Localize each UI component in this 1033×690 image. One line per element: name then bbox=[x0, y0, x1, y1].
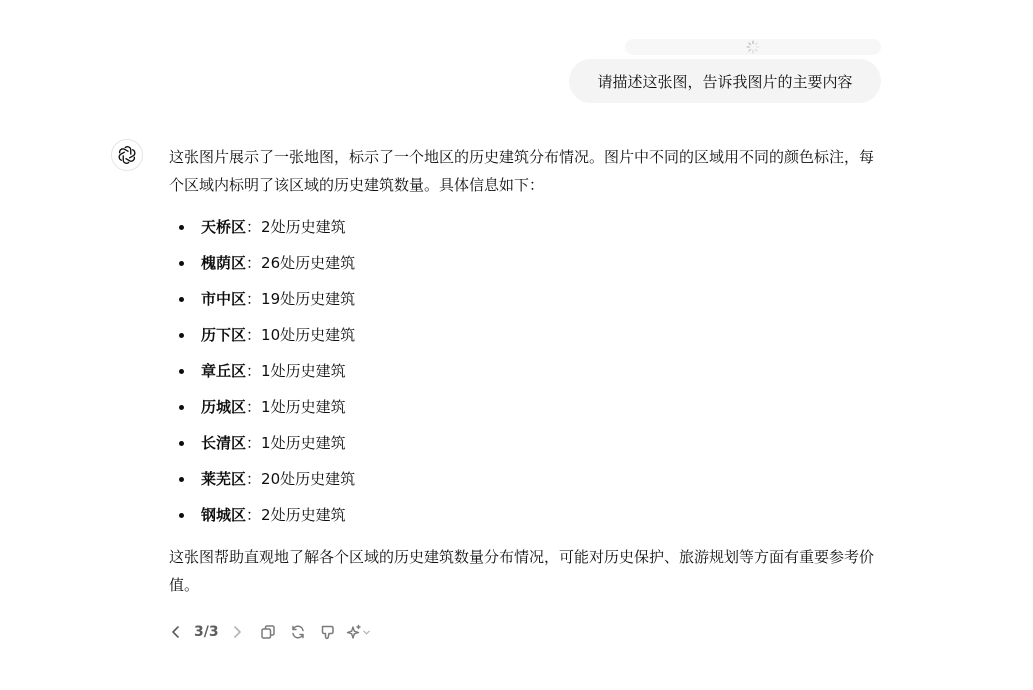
district-name: 钢城区 bbox=[201, 506, 246, 524]
previous-response-button[interactable] bbox=[166, 625, 186, 639]
chevron-down-icon bbox=[362, 628, 371, 637]
change-model-button[interactable] bbox=[343, 624, 375, 640]
user-message-text: 请描述这张图，告诉我图片的主要内容 bbox=[597, 71, 852, 92]
assistant-message: 这张图片展示了一张地图，标示了一个地区的历史建筑分布情况。图片中不同的区域用不同… bbox=[169, 143, 884, 599]
chevron-left-icon bbox=[170, 625, 182, 639]
copy-icon bbox=[260, 624, 276, 640]
district-name: 天桥区 bbox=[201, 218, 246, 236]
answer-intro: 这张图片展示了一张地图，标示了一个地区的历史建筑分布情况。图片中不同的区域用不同… bbox=[169, 143, 884, 199]
list-item: 历城区：1处历史建筑 bbox=[201, 389, 884, 425]
user-message-bubble: 请描述这张图，告诉我图片的主要内容 bbox=[569, 59, 881, 103]
chat-page: 请描述这张图，告诉我图片的主要内容 这张图片展示了一张地图，标示了一个地区的历史… bbox=[0, 0, 1033, 690]
district-name: 槐荫区 bbox=[201, 254, 246, 272]
regenerate-icon bbox=[290, 624, 306, 640]
district-detail: 2处历史建筑 bbox=[261, 218, 346, 236]
bad-response-button[interactable] bbox=[313, 624, 343, 640]
district-detail: 1处历史建筑 bbox=[261, 362, 346, 380]
assistant-avatar bbox=[111, 139, 143, 171]
district-detail: 26处历史建筑 bbox=[261, 254, 355, 272]
district-name: 历下区 bbox=[201, 326, 246, 344]
thumbs-down-icon bbox=[320, 624, 336, 640]
image-attachment-loading bbox=[625, 39, 881, 55]
district-detail: 19处历史建筑 bbox=[261, 290, 355, 308]
district-detail: 1处历史建筑 bbox=[261, 398, 346, 416]
answer-conclusion: 这张图帮助直观地了解各个区域的历史建筑数量分布情况，可能对历史保护、旅游规划等方… bbox=[169, 543, 884, 599]
district-name: 莱芜区 bbox=[201, 470, 246, 488]
district-name: 市中区 bbox=[201, 290, 246, 308]
list-item: 槐荫区：26处历史建筑 bbox=[201, 245, 884, 281]
list-item: 天桥区：2处历史建筑 bbox=[201, 209, 884, 245]
list-item: 市中区：19处历史建筑 bbox=[201, 281, 884, 317]
list-item: 长清区：1处历史建筑 bbox=[201, 425, 884, 461]
district-name: 长清区 bbox=[201, 434, 246, 452]
district-detail: 20处历史建筑 bbox=[261, 470, 355, 488]
district-name: 章丘区 bbox=[201, 362, 246, 380]
district-list: 天桥区：2处历史建筑 槐荫区：26处历史建筑 市中区：19处历史建筑 历下区：1… bbox=[169, 209, 884, 533]
next-response-button[interactable] bbox=[227, 625, 247, 639]
copy-button[interactable] bbox=[253, 624, 283, 640]
list-item: 章丘区：1处历史建筑 bbox=[201, 353, 884, 389]
openai-logo-icon bbox=[117, 145, 137, 165]
response-pager: 3/3 bbox=[194, 624, 219, 640]
chevron-right-icon bbox=[231, 625, 243, 639]
regenerate-button[interactable] bbox=[283, 624, 313, 640]
list-item: 莱芜区：20处历史建筑 bbox=[201, 461, 884, 497]
sparkle-icon bbox=[346, 624, 362, 640]
message-actions: 3/3 bbox=[166, 621, 375, 643]
district-detail: 10处历史建筑 bbox=[261, 326, 355, 344]
district-detail: 2处历史建筑 bbox=[261, 506, 346, 524]
district-name: 历城区 bbox=[201, 398, 246, 416]
loading-spinner-icon bbox=[746, 40, 760, 54]
list-item: 历下区：10处历史建筑 bbox=[201, 317, 884, 353]
list-item: 钢城区：2处历史建筑 bbox=[201, 497, 884, 533]
district-detail: 1处历史建筑 bbox=[261, 434, 346, 452]
